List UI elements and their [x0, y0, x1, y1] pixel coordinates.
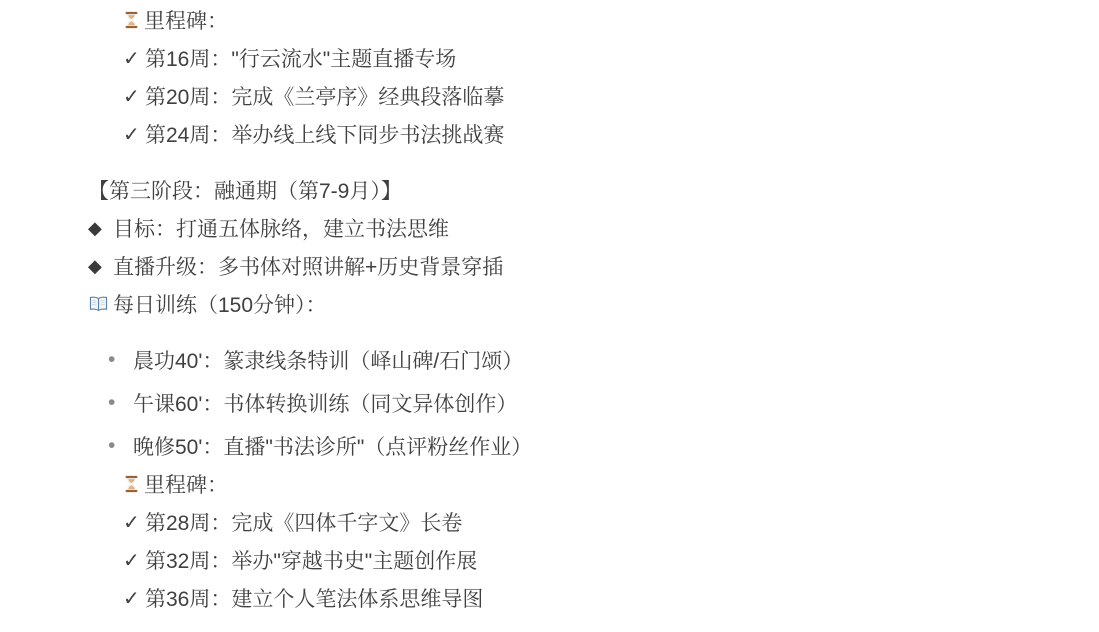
training-item-text: 晚修50'：直播"书法诊所"（点评粉丝作业）: [133, 431, 532, 461]
check-icon: ✓: [123, 586, 145, 611]
training-item-text: 午课60'：书体转换训练（同文异体创作）: [133, 388, 517, 418]
hourglass-icon: [123, 475, 140, 493]
open-book-icon: [88, 295, 109, 313]
check-icon: ✓: [123, 548, 145, 573]
milestone-block-phase3: 里程碑： ✓ 第28周：完成《四体千字文》长卷 ✓ 第32周：举办"穿越书史"主…: [123, 465, 1099, 617]
milestone-heading-label: 里程碑：: [144, 5, 228, 35]
milestone-item: ✓ 第32周：举办"穿越书史"主题创作展: [123, 541, 1099, 579]
training-item-noon: 午课60'：书体转换训练（同文异体创作）: [133, 384, 1099, 422]
milestone-item: ✓ 第36周：建立个人笔法体系思维导图: [123, 579, 1099, 617]
stage3-goal-text: 目标：打通五体脉络，建立书法思维: [113, 213, 449, 243]
calligraphy-plan-document: 里程碑： ✓ 第16周："行云流水"主题直播专场 ✓ 第20周：完成《兰亭序》经…: [0, 0, 1099, 617]
bullet-icon: •: [108, 341, 115, 379]
diamond-icon: ◆: [88, 218, 113, 239]
milestone-heading-label: 里程碑：: [144, 469, 228, 499]
training-item-text: 晨功40'：篆隶线条特训（峄山碑/石门颂）: [133, 345, 523, 375]
training-list-item: • 午课60'：书体转换训练（同文异体创作）: [88, 384, 1099, 422]
training-item-evening: 晚修50'：直播"书法诊所"（点评粉丝作业）: [133, 427, 1099, 465]
milestone-item-text: 第28周：完成《四体千字文》长卷: [145, 507, 462, 537]
document-content: 里程碑： ✓ 第16周："行云流水"主题直播专场 ✓ 第20周：完成《兰亭序》经…: [0, 0, 1099, 617]
milestone-item-text: 第32周：举办"穿越书史"主题创作展: [145, 545, 477, 575]
milestone-item-text: 第20周：完成《兰亭序》经典段落临摹: [145, 81, 504, 111]
stage3-section: 【第三阶段：融通期（第7-9月）】 ◆ 目标：打通五体脉络，建立书法思维 ◆ 直…: [88, 171, 1099, 323]
stage3-live-upgrade: ◆ 直播升级：多书体对照讲解+历史背景穿插: [88, 247, 1099, 285]
milestone-item: ✓ 第28周：完成《四体千字文》长卷: [123, 503, 1099, 541]
stage3-live-upgrade-text: 直播升级：多书体对照讲解+历史背景穿插: [113, 251, 503, 281]
milestone-item-text: 第16周："行云流水"主题直播专场: [145, 43, 456, 73]
check-icon: ✓: [123, 510, 145, 535]
training-item-morning: 晨功40'：篆隶线条特训（峄山碑/石门颂）: [133, 341, 1099, 379]
check-icon: ✓: [123, 46, 145, 71]
milestone-heading: 里程碑：: [123, 1, 1099, 39]
milestone-item-text: 第36周：建立个人笔法体系思维导图: [145, 583, 483, 613]
daily-training-heading: 每日训练（150分钟）：: [88, 285, 1099, 323]
bullet-icon: •: [108, 384, 115, 422]
daily-training-label: 每日训练（150分钟）：: [113, 289, 327, 319]
training-list-item: • 晚修50'：直播"书法诊所"（点评粉丝作业） 里程碑：: [88, 427, 1099, 617]
bullet-icon: •: [108, 427, 115, 465]
milestone-item-text: 第24周：举办线上线下同步书法挑战赛: [145, 119, 504, 149]
daily-training-list: • 晨功40'：篆隶线条特训（峄山碑/石门颂） • 午课60'：书体转换训练（同…: [88, 341, 1099, 617]
diamond-icon: ◆: [88, 256, 113, 277]
training-list-item: • 晨功40'：篆隶线条特训（峄山碑/石门颂）: [88, 341, 1099, 379]
milestone-item: ✓ 第20周：完成《兰亭序》经典段落临摹: [123, 77, 1099, 115]
hourglass-icon: [123, 11, 140, 29]
stage3-header: 【第三阶段：融通期（第7-9月）】: [88, 171, 1099, 209]
milestone-item: ✓ 第16周："行云流水"主题直播专场: [123, 39, 1099, 77]
milestone-item: ✓ 第24周：举办线上线下同步书法挑战赛: [123, 115, 1099, 153]
milestone-heading: 里程碑：: [123, 465, 1099, 503]
check-icon: ✓: [123, 122, 145, 147]
stage3-goal: ◆ 目标：打通五体脉络，建立书法思维: [88, 209, 1099, 247]
check-icon: ✓: [123, 84, 145, 109]
stage3-header-text: 【第三阶段：融通期（第7-9月）】: [88, 175, 402, 205]
milestone-block-phase2: 里程碑： ✓ 第16周："行云流水"主题直播专场 ✓ 第20周：完成《兰亭序》经…: [123, 1, 1099, 153]
